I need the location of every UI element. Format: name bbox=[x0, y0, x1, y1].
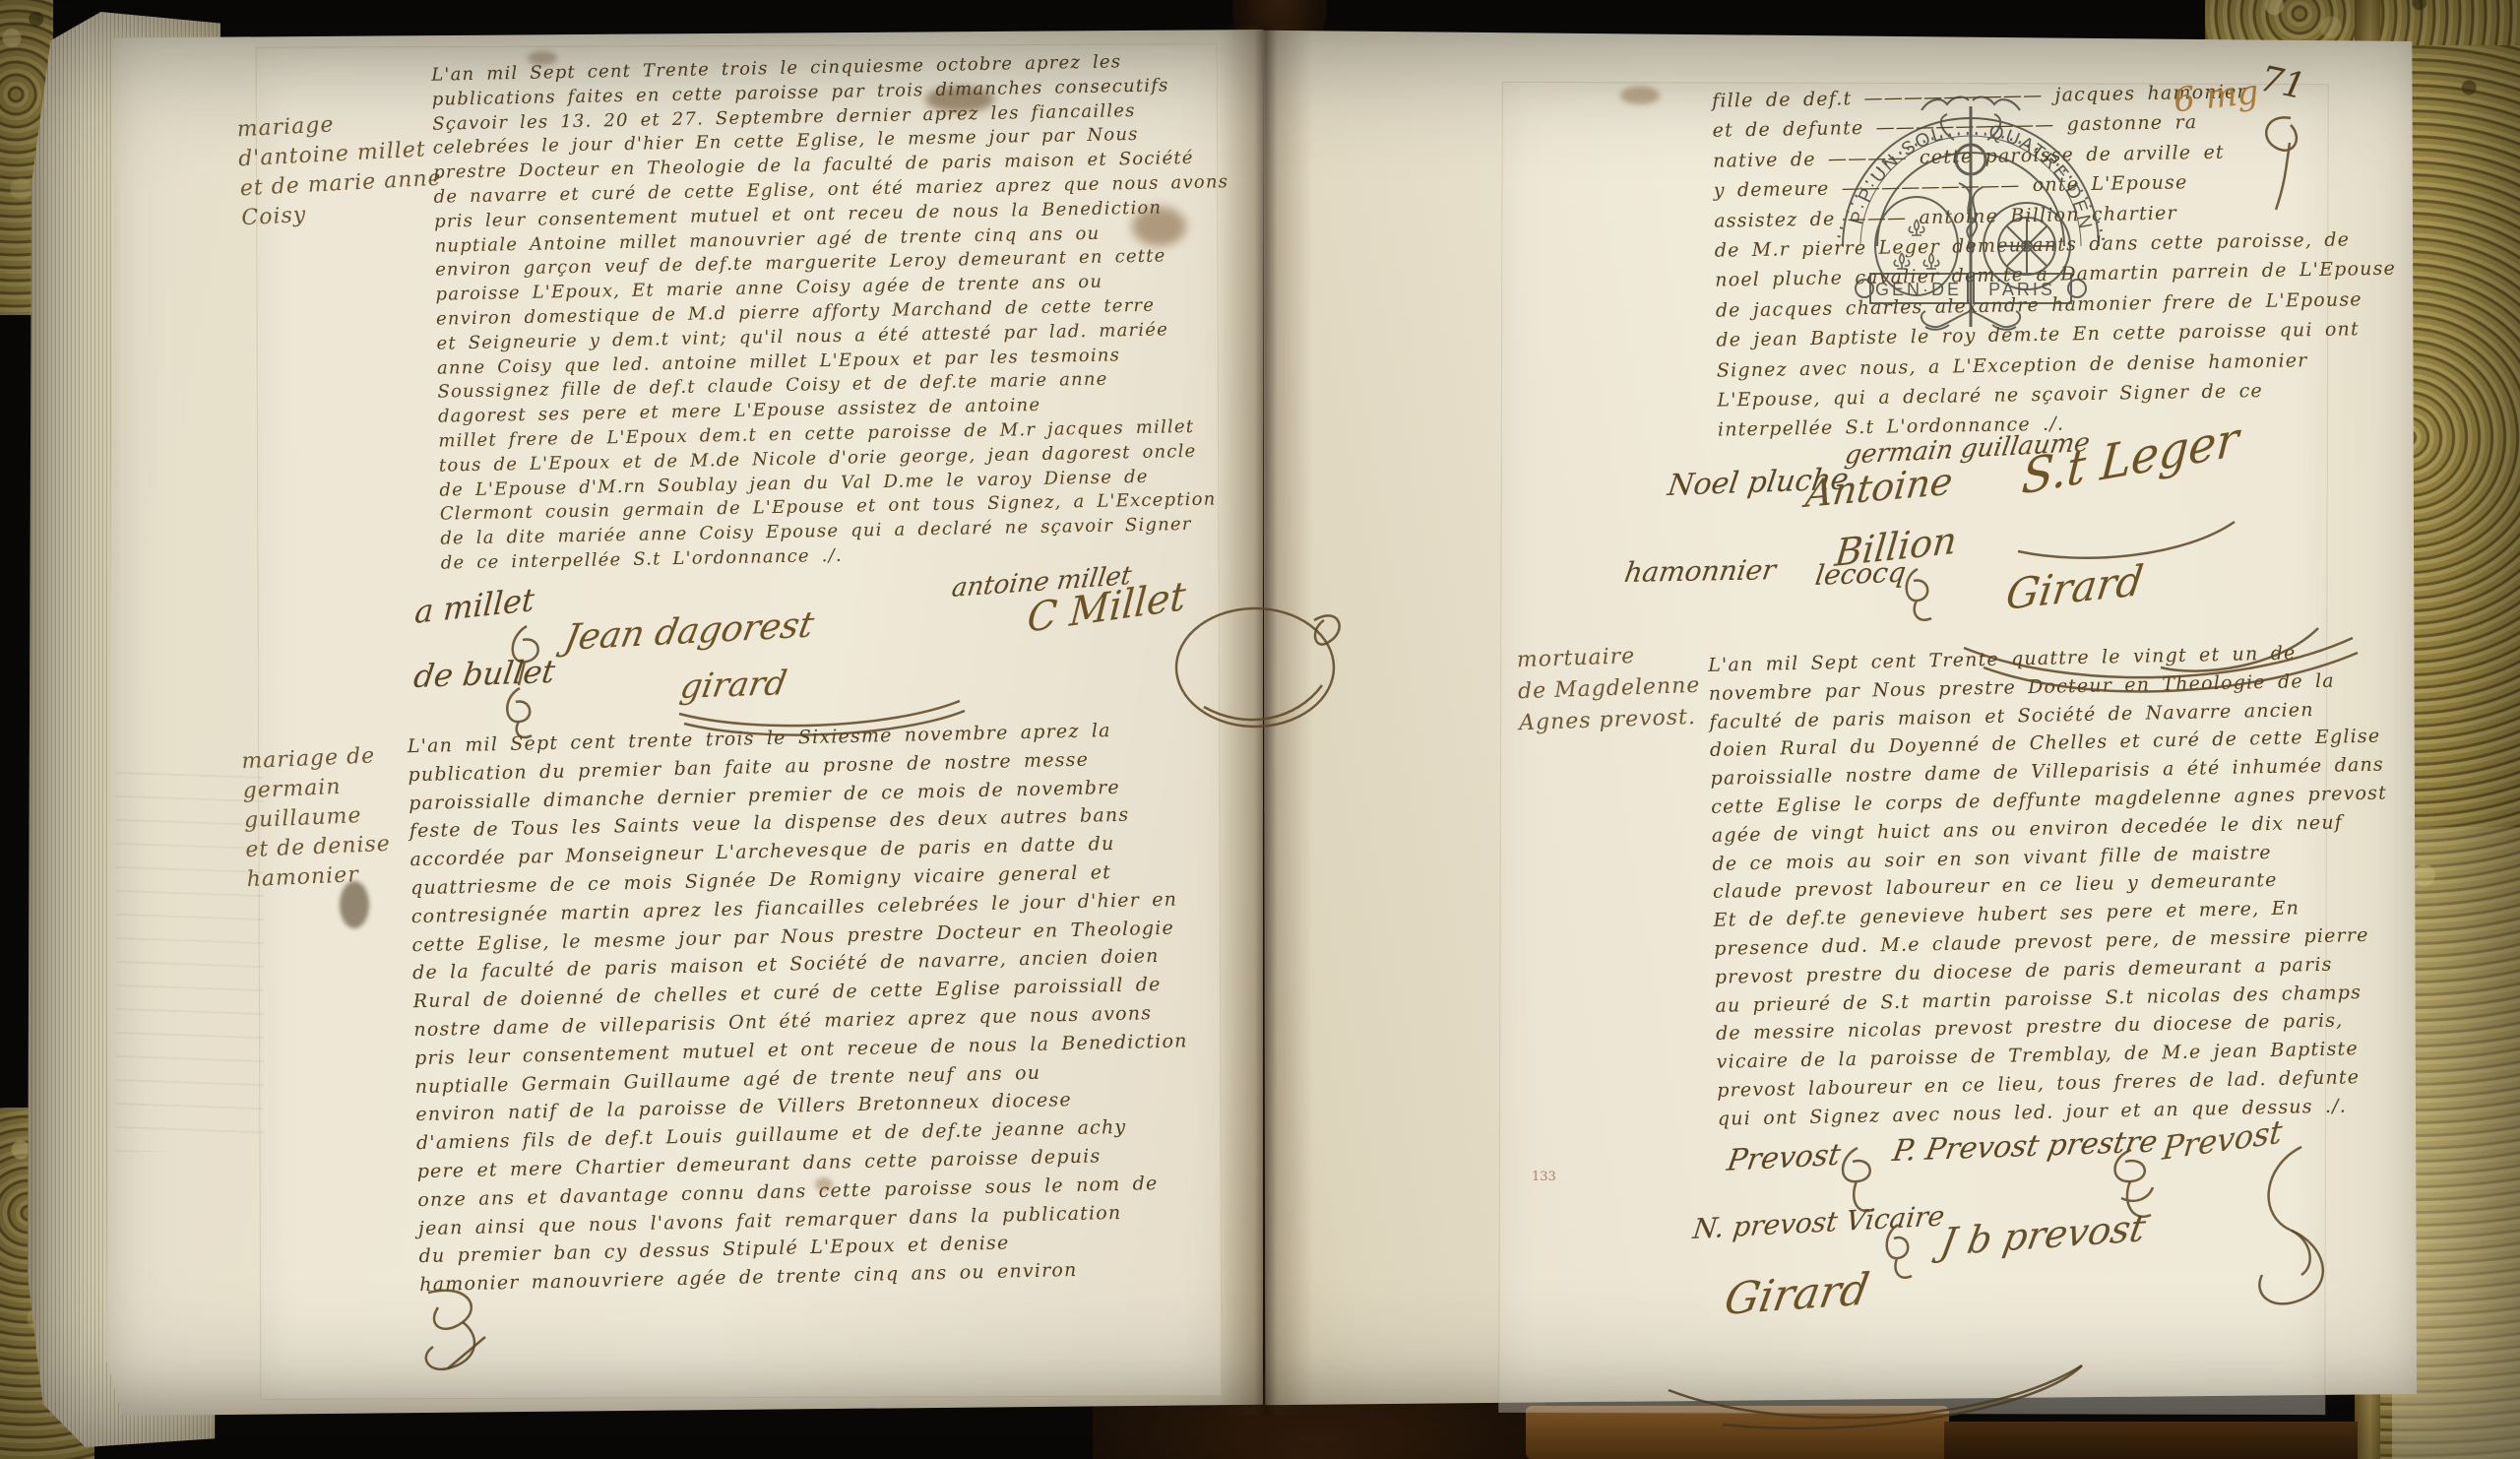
paraph-swash-girard-left bbox=[674, 689, 970, 743]
act-burial-prevost-text: L'an mil Sept cent Trente quattre le vin… bbox=[1708, 638, 2362, 1133]
stain bbox=[1132, 207, 1186, 246]
margin-note-line: Agnes prevost. bbox=[1519, 702, 1702, 739]
margin-note-marriage-guillaume: mariage degermainguillaumeet de deniseha… bbox=[241, 741, 393, 895]
paraph-swash-leger bbox=[2008, 512, 2244, 571]
act-marriage-guillaume-text: L'an mil Sept cent trente trois le Sixie… bbox=[408, 715, 1218, 1300]
paraph-small-3 bbox=[1870, 1219, 1924, 1288]
stamp-banner-text-left: GEN·DE bbox=[1875, 280, 1962, 299]
signature: Girard bbox=[1721, 1264, 1872, 1325]
paraph-swash-girard-right bbox=[1954, 608, 2367, 702]
corner-paraph bbox=[2246, 103, 2315, 217]
ink-blot bbox=[340, 881, 369, 928]
paraph-small-2 bbox=[492, 682, 546, 746]
margin-note-marriage-millet: mariaged'antoine milletet de marie anneC… bbox=[236, 105, 444, 234]
paraph-lecocq bbox=[1892, 563, 1941, 632]
book-scan: mariaged'antoine milletet de marie anneC… bbox=[0, 0, 2520, 1459]
show-through-text bbox=[116, 758, 264, 1152]
signature: hamonnier bbox=[1622, 553, 1778, 589]
paraph-loop-right bbox=[2233, 1137, 2341, 1324]
margin-note-line: et de denise bbox=[245, 830, 392, 865]
margin-note-mortuaire: mortuairede MagdelenneAgnes prevost. bbox=[1516, 639, 1702, 739]
paraph-small-1 bbox=[497, 618, 556, 692]
paraph-prevost-2 bbox=[2092, 1144, 2171, 1242]
act-marriage-millet-text: L'an mil Sept cent Trente trois le cinqu… bbox=[431, 48, 1228, 576]
fiscal-stamp-generalite-de-paris: P·P·UN SOL QUATRE DEN GEN· bbox=[1823, 81, 2118, 332]
folio-mark: 133 bbox=[1532, 1170, 1556, 1184]
stain bbox=[925, 87, 994, 112]
paraph-swash-girard-bottom bbox=[1664, 1331, 2087, 1439]
margin-note-line: hamonier bbox=[246, 859, 393, 895]
stain bbox=[1620, 87, 1660, 104]
paraph-oval bbox=[1166, 591, 1344, 738]
margin-note-line: mariage de bbox=[241, 741, 388, 777]
stamp-banner-text-right: PARIS bbox=[1988, 280, 2055, 299]
stain bbox=[815, 1177, 833, 1191]
paraph-prevost-1 bbox=[1823, 1140, 1892, 1229]
stamp-wheel-icon bbox=[1984, 203, 2070, 289]
stain bbox=[528, 51, 557, 65]
paraph-act2-end bbox=[409, 1278, 502, 1381]
